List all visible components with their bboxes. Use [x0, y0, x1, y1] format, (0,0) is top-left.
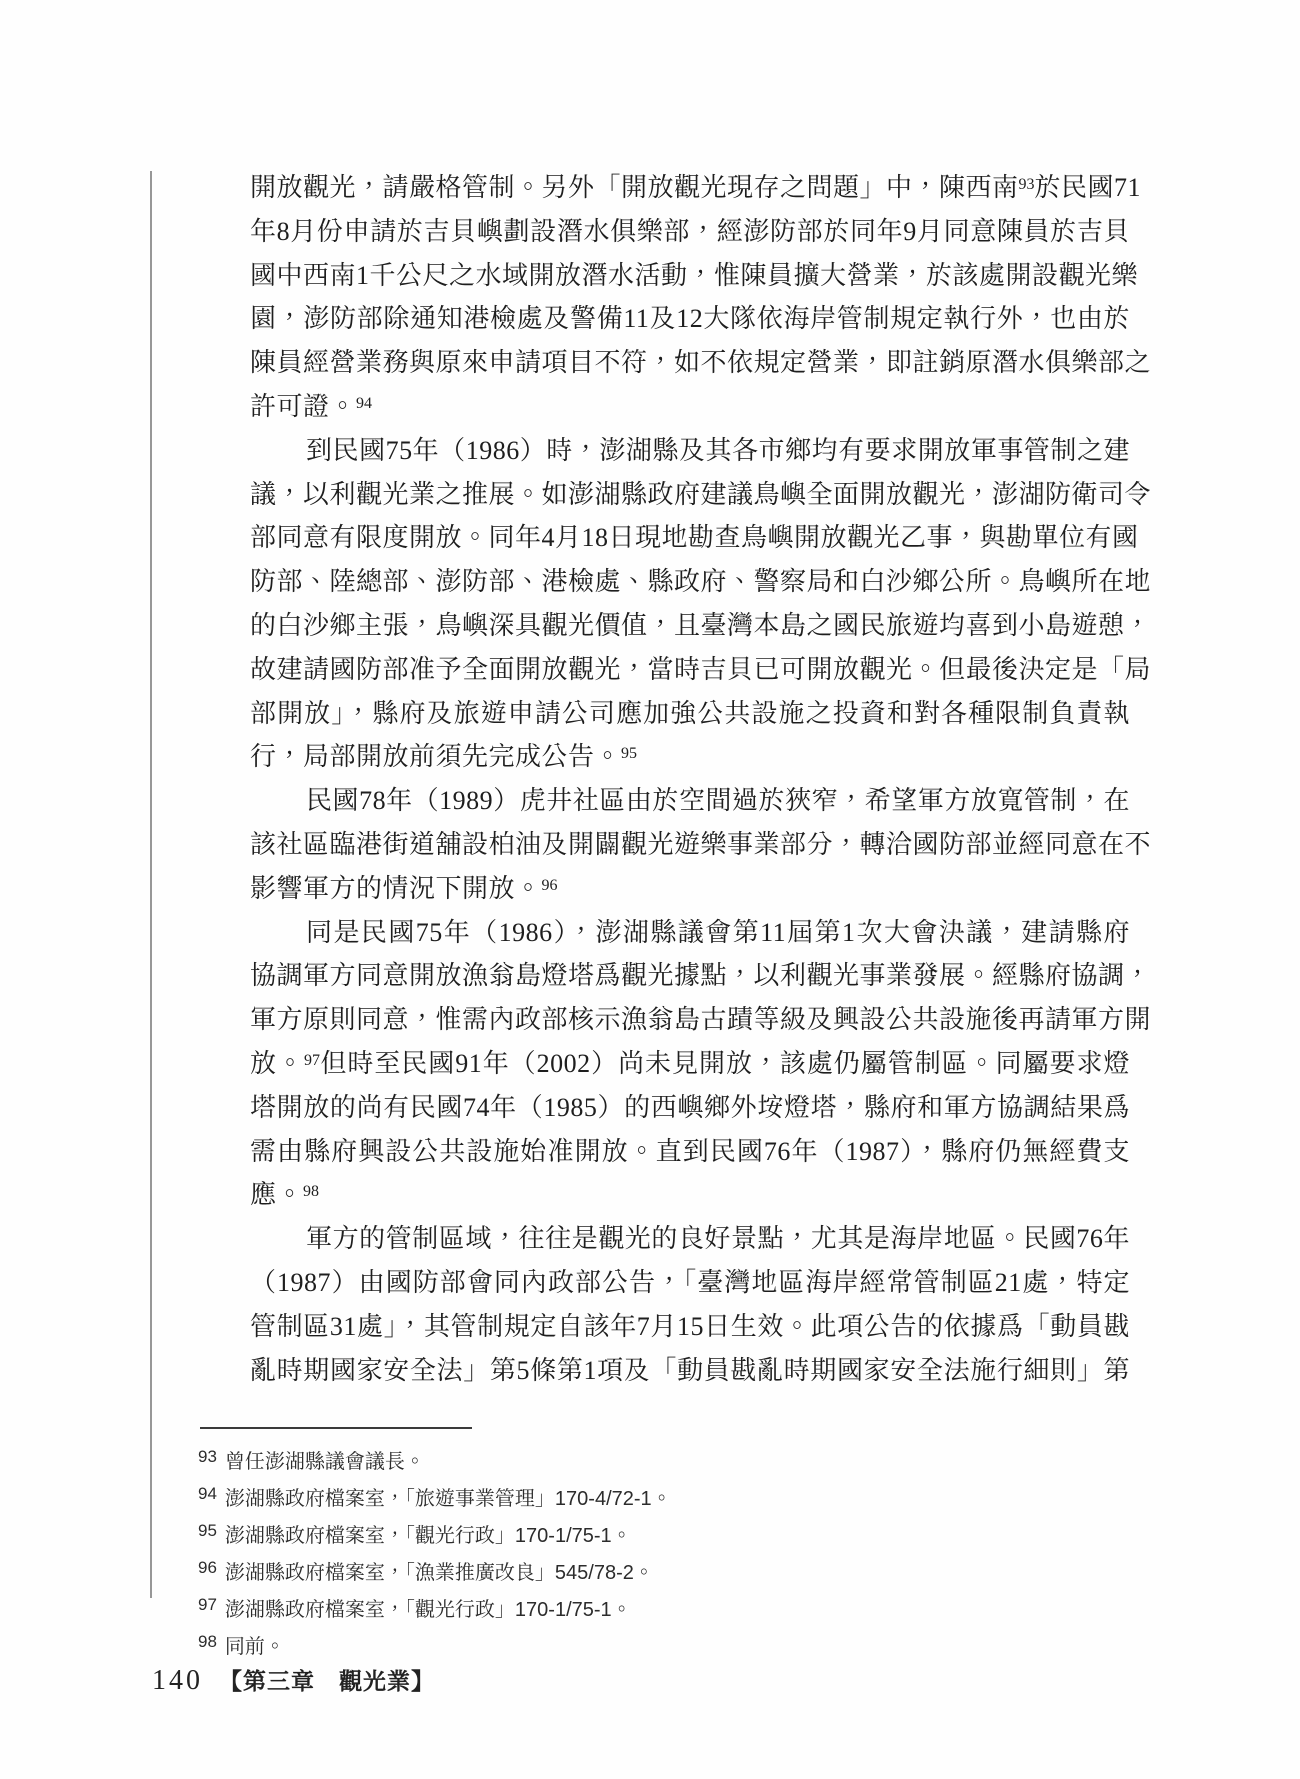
- footnote-number: 95: [198, 1521, 217, 1540]
- text-line: 影響軍方的情況下開放。96: [250, 867, 1130, 911]
- text-line: 防部、陸總部、澎防部、港檢處、縣政府、警察局和白沙鄉公所。鳥嶼所在地: [250, 560, 1130, 604]
- text-run: 開放觀光，請嚴格管制。另外「開放觀光現存之問題」中，陳西南: [250, 173, 1019, 202]
- text-line: 部同意有限度開放。同年4月18日現地勘查鳥嶼開放觀光乙事，與勘單位有國: [250, 516, 1130, 560]
- footnote-number: 98: [198, 1632, 217, 1651]
- footnote-text: 同前。: [225, 1636, 285, 1658]
- text-line: 協調軍方同意開放漁翁島燈塔爲觀光據點，以利觀光事業發展。經縣府協調，: [250, 954, 1130, 998]
- text-run: 該社區臨港街道舖設柏油及開闢觀光遊樂事業部分，轉洽國防部並經同意在不: [250, 830, 1151, 859]
- text-run: 議，以利觀光業之推展。如澎湖縣政府建議鳥嶼全面開放觀光，澎湖防衛司令: [250, 480, 1151, 509]
- text-run: 故建請國防部准予全面開放觀光，當時吉貝已可開放觀光。但最後決定是「局: [250, 655, 1151, 684]
- footnote: 94澎湖縣政府檔案室，「旅遊事業管理」170-4/72-1。: [198, 1478, 1138, 1515]
- footnote-text: 澎湖縣政府檔案室，「觀光行政」170-1/75-1。: [225, 1525, 632, 1547]
- text-line: 行，局部開放前須先完成公告。95: [250, 735, 1130, 779]
- footnote: 98同前。: [198, 1626, 1138, 1663]
- text-run: 許可證。: [250, 392, 356, 421]
- text-line: 年8月份申請於吉貝嶼劃設潛水俱樂部，經澎防部於同年9月同意陳員於吉貝: [250, 210, 1130, 254]
- text-run: 同是民國75年（1986），澎湖縣議會第11屆第1次大會決議，建請縣府: [306, 918, 1130, 947]
- text-run: 到民國75年（1986）時，澎湖縣及其各市鄉均有要求開放軍事管制之建: [306, 436, 1130, 465]
- text-run: 但時至民國91年（2002）尚未見開放，該處仍屬管制區。同屬要求燈: [320, 1049, 1130, 1078]
- text-run: 塔開放的尚有民國74年（1985）的西嶼鄉外垵燈塔，縣府和軍方協調結果爲: [250, 1093, 1130, 1122]
- text-run: 於民國71: [1035, 173, 1142, 202]
- body-text: 開放觀光，請嚴格管制。另外「開放觀光現存之問題」中，陳西南93於民國71年8月份…: [250, 166, 1130, 1392]
- text-run: 行，局部開放前須先完成公告。: [250, 742, 621, 771]
- text-line: 故建請國防部准予全面開放觀光，當時吉貝已可開放觀光。但最後決定是「局: [250, 648, 1130, 692]
- text-line: 園，澎防部除通知港檢處及警備11及12大隊依海岸管制規定執行外，也由於: [250, 297, 1130, 341]
- text-run: 亂時期國家安全法」第5條第1項及「動員戡亂時期國家安全法施行細則」第: [250, 1356, 1130, 1385]
- text-run: 協調軍方同意開放漁翁島燈塔爲觀光據點，以利觀光事業發展。經縣府協調，: [250, 961, 1151, 990]
- footnote-number: 97: [198, 1595, 217, 1614]
- footnote-number: 96: [198, 1558, 217, 1577]
- text-line: 許可證。94: [250, 385, 1130, 429]
- text-run: 管制區31處」，其管制規定自該年7月15日生效。此項公告的依據爲「動員戡: [250, 1312, 1130, 1341]
- text-run: 需由縣府興設公共設施始准開放。直到民國76年（1987），縣府仍無經費支: [250, 1137, 1130, 1166]
- text-line: 需由縣府興設公共設施始准開放。直到民國76年（1987），縣府仍無經費支: [250, 1130, 1130, 1174]
- footnote-ref: 93: [1019, 176, 1035, 193]
- text-run: 年8月份申請於吉貝嶼劃設潛水俱樂部，經澎防部於同年9月同意陳員於吉貝: [250, 217, 1130, 246]
- footnote-ref: 96: [542, 877, 558, 894]
- footnote-text: 澎湖縣政府檔案室，「旅遊事業管理」170-4/72-1。: [225, 1488, 672, 1510]
- text-line: 部開放」，縣府及旅遊申請公司應加強公共設施之投資和對各種限制負責執: [250, 692, 1130, 736]
- text-line: 應。98: [250, 1173, 1130, 1217]
- left-margin-rule: [150, 171, 152, 1598]
- text-line: 管制區31處」，其管制規定自該年7月15日生效。此項公告的依據爲「動員戡: [250, 1305, 1130, 1349]
- text-run: 部同意有限度開放。同年4月18日現地勘查鳥嶼開放觀光乙事，與勘單位有國: [250, 523, 1139, 552]
- text-line: 軍方的管制區域，往往是觀光的良好景點，尤其是海岸地區。民國76年: [250, 1217, 1130, 1261]
- text-run: 國中西南1千公尺之水域開放潛水活動，惟陳員擴大營業，於該處開設觀光樂: [250, 261, 1138, 290]
- text-run: （1987）由國防部會同內政部公告，「臺灣地區海岸經常管制區21處，特定: [250, 1268, 1130, 1297]
- footnote-ref: 95: [621, 745, 637, 762]
- text-run: 陳員經營業務與原來申請項目不符，如不依規定營業，即註銷原潛水俱樂部之: [250, 348, 1151, 377]
- text-run: 軍方的管制區域，往往是觀光的良好景點，尤其是海岸地區。民國76年: [306, 1224, 1130, 1253]
- text-line: 軍方原則同意，惟需內政部核示漁翁島古蹟等級及興設公共設施後再請軍方開: [250, 998, 1130, 1042]
- footnote: 93曾任澎湖縣議會議長。: [198, 1441, 1138, 1478]
- footnotes: 93曾任澎湖縣議會議長。94澎湖縣政府檔案室，「旅遊事業管理」170-4/72-…: [198, 1441, 1138, 1663]
- page-number: 140: [152, 1665, 203, 1697]
- text-line: 塔開放的尚有民國74年（1985）的西嶼鄉外垵燈塔，縣府和軍方協調結果爲: [250, 1086, 1130, 1130]
- footnote-ref: 94: [356, 395, 372, 412]
- text-run: 部開放」，縣府及旅遊申請公司應加強公共設施之投資和對各種限制負責執: [250, 699, 1130, 728]
- text-run: 應。: [250, 1180, 303, 1209]
- footnote: 95澎湖縣政府檔案室，「觀光行政」170-1/75-1。: [198, 1515, 1138, 1552]
- footnote: 97澎湖縣政府檔案室，「觀光行政」170-1/75-1。: [198, 1589, 1138, 1626]
- text-line: 放。97但時至民國91年（2002）尚未見開放，該處仍屬管制區。同屬要求燈: [250, 1042, 1130, 1086]
- footnote-text: 曾任澎湖縣議會議長。: [225, 1451, 425, 1473]
- text-run: 民國78年（1989）虎井社區由於空間過於狹窄，希望軍方放寬管制，在: [306, 786, 1130, 815]
- text-line: 到民國75年（1986）時，澎湖縣及其各市鄉均有要求開放軍事管制之建: [250, 429, 1130, 473]
- footnote-separator: [200, 1427, 472, 1429]
- text-line: 民國78年（1989）虎井社區由於空間過於狹窄，希望軍方放寬管制，在: [250, 779, 1130, 823]
- text-line: 陳員經營業務與原來申請項目不符，如不依規定營業，即註銷原潛水俱樂部之: [250, 341, 1130, 385]
- text-line: 開放觀光，請嚴格管制。另外「開放觀光現存之問題」中，陳西南93於民國71: [250, 166, 1130, 210]
- text-line: 議，以利觀光業之推展。如澎湖縣政府建議鳥嶼全面開放觀光，澎湖防衛司令: [250, 473, 1130, 517]
- footnote-ref: 97: [304, 1052, 320, 1069]
- footnote-text: 澎湖縣政府檔案室，「漁業推廣改良」545/78-2。: [225, 1562, 654, 1584]
- text-line: 國中西南1千公尺之水域開放潛水活動，惟陳員擴大營業，於該處開設觀光樂: [250, 254, 1130, 298]
- text-line: 亂時期國家安全法」第5條第1項及「動員戡亂時期國家安全法施行細則」第: [250, 1349, 1130, 1393]
- footnote: 96澎湖縣政府檔案室，「漁業推廣改良」545/78-2。: [198, 1552, 1138, 1589]
- text-run: 園，澎防部除通知港檢處及警備11及12大隊依海岸管制規定執行外，也由於: [250, 304, 1130, 333]
- page-footer: 140 【第三章 觀光業】: [152, 1663, 435, 1697]
- text-run: 影響軍方的情況下開放。: [250, 874, 542, 903]
- text-run: 軍方原則同意，惟需內政部核示漁翁島古蹟等級及興設公共設施後再請軍方開: [250, 1005, 1151, 1034]
- text-line: （1987）由國防部會同內政部公告，「臺灣地區海岸經常管制區21處，特定: [250, 1261, 1130, 1305]
- text-run: 放。: [250, 1049, 304, 1078]
- footnote-text: 澎湖縣政府檔案室，「觀光行政」170-1/75-1。: [225, 1599, 632, 1621]
- text-line: 同是民國75年（1986），澎湖縣議會第11屆第1次大會決議，建請縣府: [250, 911, 1130, 955]
- book-page: 開放觀光，請嚴格管制。另外「開放觀光現存之問題」中，陳西南93於民國71年8月份…: [0, 0, 1300, 1779]
- footnote-number: 93: [198, 1447, 217, 1466]
- text-run: 的白沙鄉主張，鳥嶼深具觀光價值，且臺灣本島之國民旅遊均喜到小島遊憩，: [250, 611, 1151, 640]
- text-run: 防部、陸總部、澎防部、港檢處、縣政府、警察局和白沙鄉公所。鳥嶼所在地: [250, 567, 1151, 596]
- chapter-title: 【第三章 觀光業】: [219, 1663, 435, 1696]
- text-line: 該社區臨港街道舖設柏油及開闢觀光遊樂事業部分，轉洽國防部並經同意在不: [250, 823, 1130, 867]
- footnote-ref: 98: [303, 1183, 319, 1200]
- text-line: 的白沙鄉主張，鳥嶼深具觀光價值，且臺灣本島之國民旅遊均喜到小島遊憩，: [250, 604, 1130, 648]
- footnote-number: 94: [198, 1484, 217, 1503]
